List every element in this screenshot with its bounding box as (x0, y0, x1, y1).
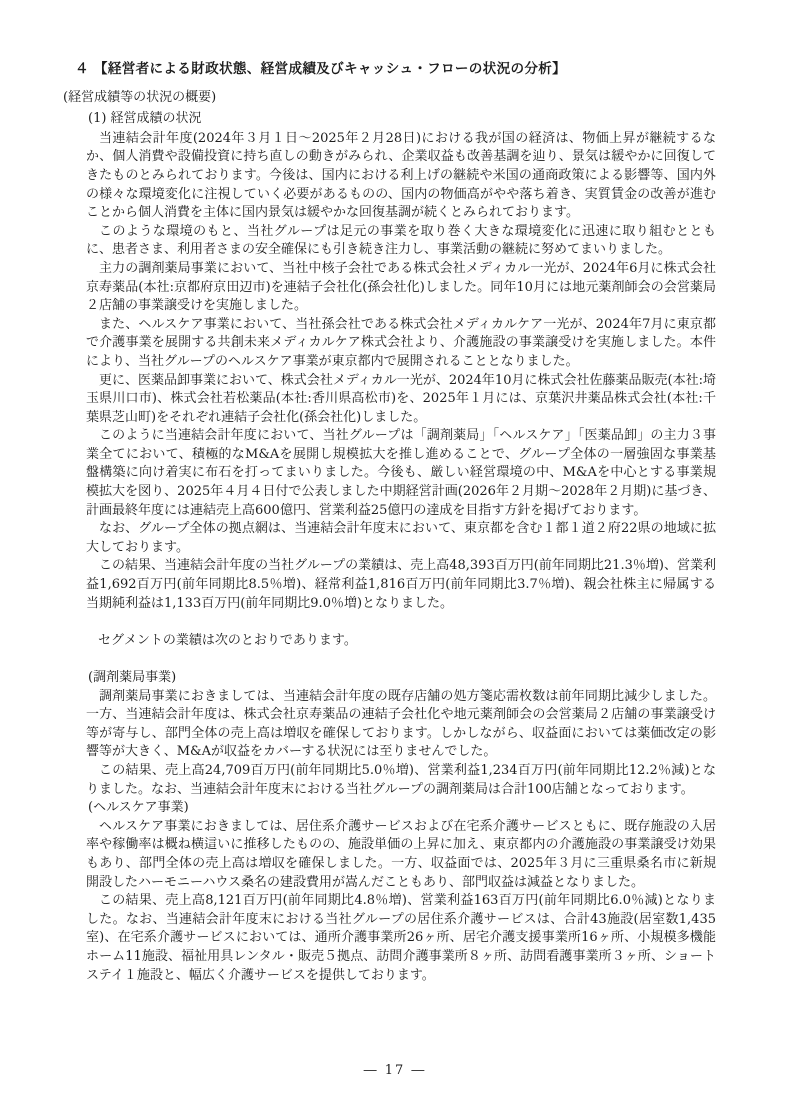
subsection-heading-operating-results: (1) 経営成績の状況 (88, 110, 716, 129)
paragraph-consolidated-results: この結果、当連結会計年度の当社グループの業績は、売上高48,393百万円(前年同… (86, 557, 716, 613)
section-title: ４ 【経営者による財政状態、経営成績及びキャッシュ・フローの状況の分析】 (75, 60, 716, 79)
paragraph-healthcare-ma: また、ヘルスケア事業において、当社孫会社である株式会社メディカルケア一光が、20… (86, 316, 716, 372)
paragraph-pharmacy-results: この結果、売上高24,709百万円(前年同期比5.0％増)、営業利益1,234百… (86, 762, 716, 799)
segment-label-healthcare: (ヘルスケア事業) (88, 799, 716, 818)
document-page: ４ 【経営者による財政状態、経営成績及びキャッシュ・フローの状況の分析】 (経営… (0, 0, 790, 1118)
overview-label: (経営成績等の状況の概要) (63, 89, 716, 108)
paragraph-branch-network: なお、グループ全体の拠点網は、当連結会計年度末において、東京都を含む１都１道２府… (86, 520, 716, 557)
segment-label-pharmacy: (調剤薬局事業) (88, 669, 716, 688)
paragraph-pharmacy-overview: 調剤薬局事業におきましては、当連結会計年度の既存店舗の処方箋応需枚数は前年同期比… (86, 688, 716, 762)
paragraph-group-response: このような環境のもと、当社グループは足元の事業を取り巻く大きな環境変化に迅速に取… (86, 223, 716, 260)
paragraph-pharmacy-ma: 主力の調剤薬局事業において、当社中核子会社である株式会社メディカル一光が、202… (86, 260, 716, 316)
paragraph-midterm-plan: このように当連結会計年度において、当社グループは「調剤薬局」「ヘルスケア」「医薬… (86, 427, 716, 520)
segment-intro-line: セグメントの業績は次のとおりであります。 (98, 632, 716, 651)
paragraph-economy-overview: 当連結会計年度(2024年３月１日～2025年２月28日)における我が国の経済は… (86, 130, 716, 223)
paragraph-healthcare-overview: ヘルスケア事業におきましては、居住系介護サービスおよび在宅系介護サービスともに、… (86, 818, 716, 892)
paragraph-healthcare-results: この結果、売上高8,121百万円(前年同期比4.8％増)、営業利益163百万円(… (86, 892, 716, 985)
paragraph-wholesale-ma: 更に、医薬品卸事業において、株式会社メディカル一光が、2024年10月に株式会社… (86, 372, 716, 428)
page-number: ― 17 ― (0, 1062, 790, 1081)
